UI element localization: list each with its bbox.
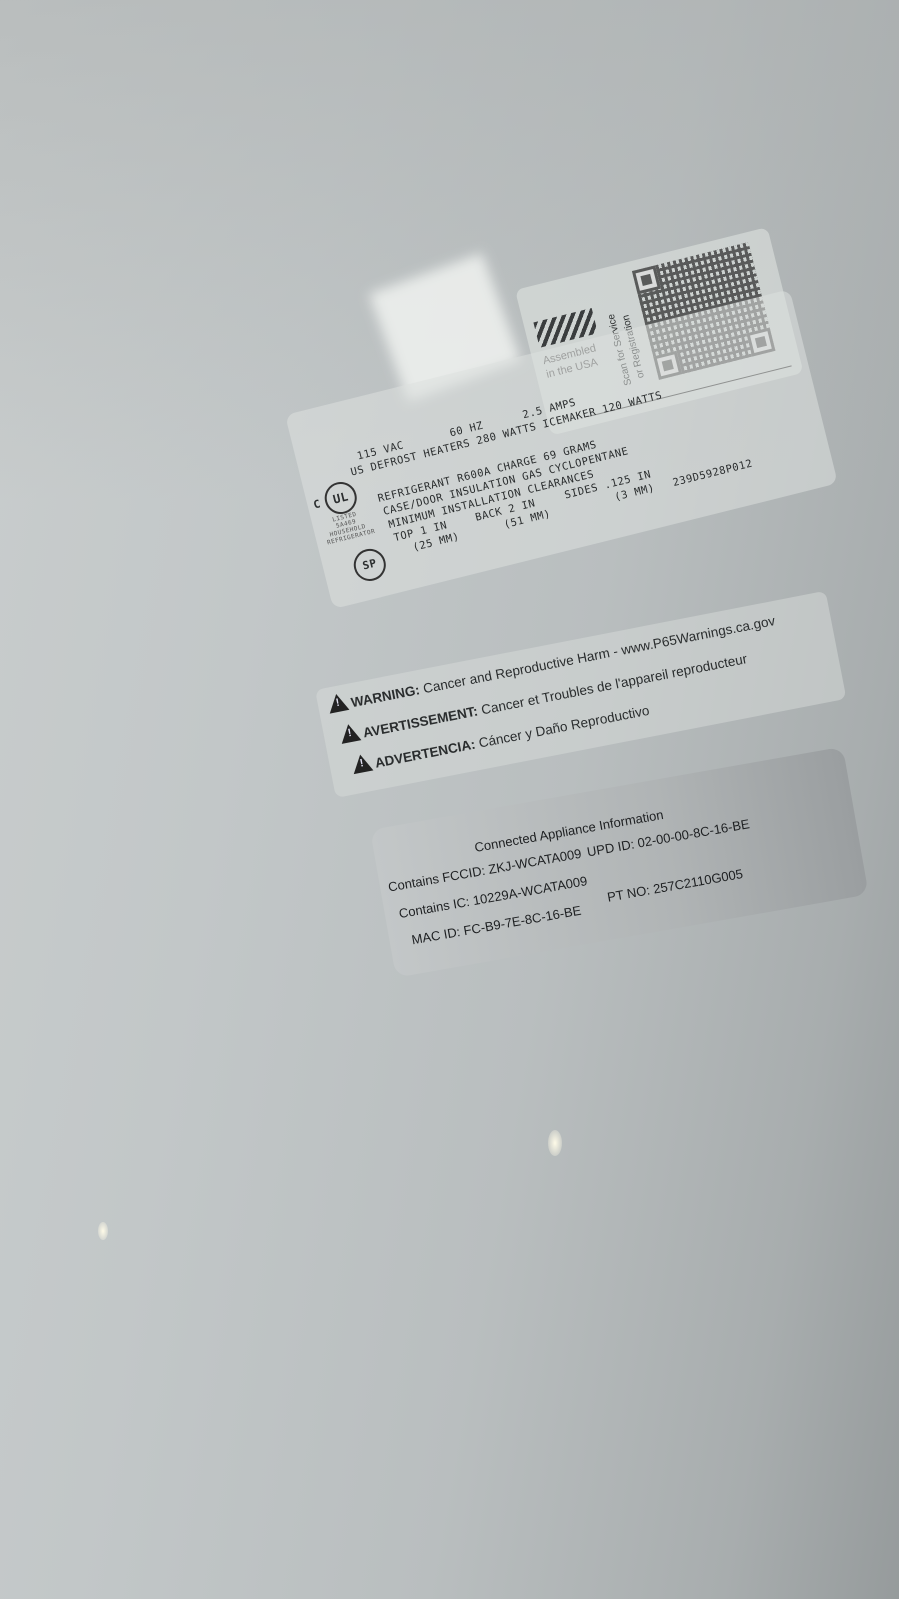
warning-triangle-icon [350, 753, 373, 774]
light-reflection [548, 1130, 562, 1156]
connected-appliance-label: Connected Appliance Information Contains… [370, 747, 869, 978]
csa-logo-icon: SP [350, 546, 389, 585]
warning-triangle-icon [326, 692, 349, 713]
ul-listing-text: LISTED 5A469 HOUSEHOLD REFRIGERATOR [321, 508, 372, 546]
pt-no-text: PT NO: 257C2110G005 [606, 866, 744, 905]
light-reflection [98, 1222, 108, 1240]
warning-triangle-icon [338, 722, 361, 743]
qr-finder-icon [632, 265, 661, 294]
serial-number: 239D5928P012 [672, 458, 754, 489]
